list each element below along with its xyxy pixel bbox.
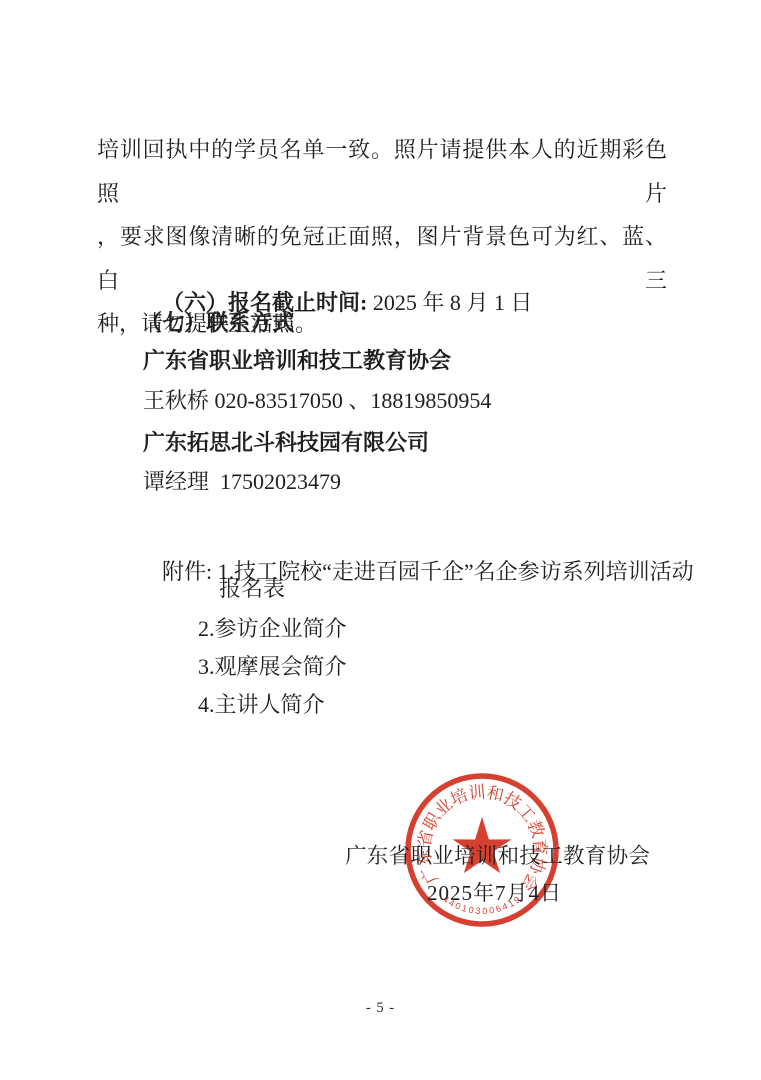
contact-org1-name: 广东省职业培训和技工教育协会	[143, 348, 451, 373]
attachment-item-2: 2.参访企业简介	[198, 616, 347, 641]
contact-org1-phone: 王秋桥 020-83517050 、18819850954	[143, 388, 491, 413]
paragraph-line-1: 培训回执中的学员名单一致。照片请提供本人的近期彩色照片	[97, 128, 667, 215]
page-number: - 5 -	[0, 1000, 761, 1017]
signature-date: 2025年7月4日	[427, 877, 562, 907]
contact-org2-name: 广东拓思北斗科技园有限公司	[143, 430, 429, 455]
attachments-label: 附件:	[162, 559, 212, 584]
contact-org2-phone: 谭经理 17502023479	[143, 469, 341, 494]
document-page: 培训回执中的学员名单一致。照片请提供本人的近期彩色照片 ，要求图像清晰的免冠正面…	[0, 0, 761, 1080]
signature-org: 广东省职业培训和技工教育协会	[345, 839, 650, 870]
attachment-item-1-cont: 报名表	[219, 576, 285, 601]
attachment-item-3: 3.观摩展会简介	[198, 654, 347, 679]
deadline-value: 2025 年 8 月 1 日	[367, 290, 532, 315]
contact-heading: （七）联系方式	[140, 310, 294, 335]
attachment-item-4: 4.主讲人简介	[198, 692, 325, 717]
